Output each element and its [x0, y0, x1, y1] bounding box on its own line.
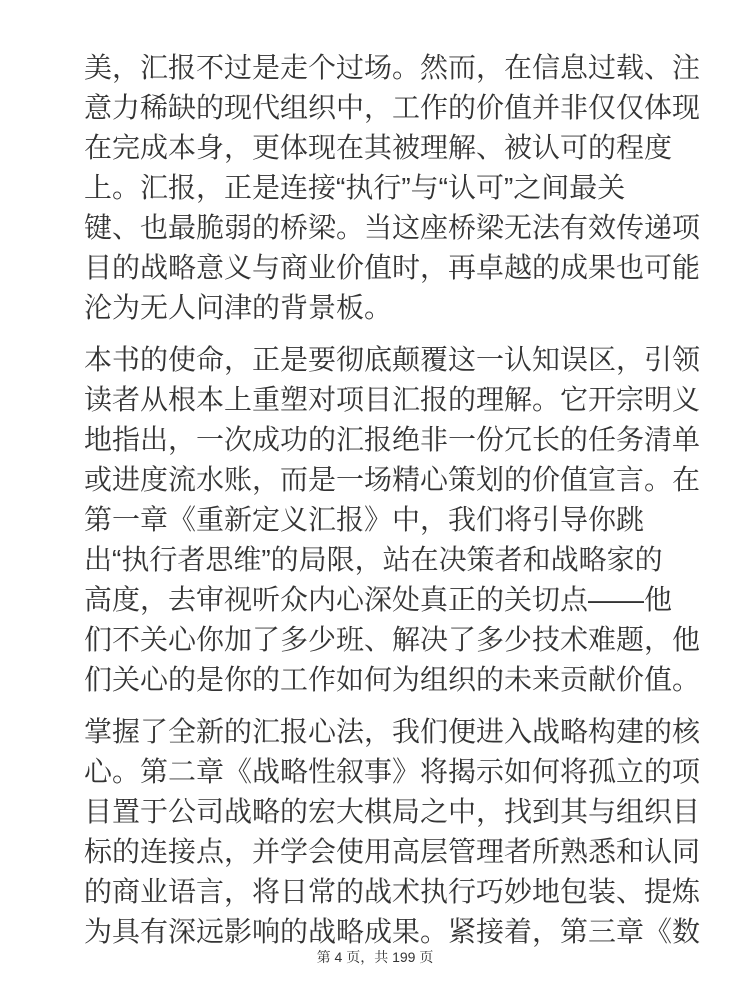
text-line: 们不关心你加了多少班、解决了多少技术难题，他 — [84, 620, 666, 660]
text-line: 意力稀缺的现代组织中，工作的价值并非仅仅体现 — [84, 88, 666, 128]
page-number-footer: 第 4 页，共 199 页 — [0, 948, 750, 966]
text-line: 的商业语言，将日常的战术执行巧妙地包装、提炼 — [84, 872, 666, 912]
paragraph: 本书的使命，正是要彻底颠覆这一认知误区，引领读者从根本上重塑对项目汇报的理解。它… — [84, 340, 666, 700]
text-line: 沦为无人问津的背景板。 — [84, 288, 666, 328]
text-line: 美，汇报不过是走个过场。然而，在信息过载、注 — [84, 48, 666, 88]
text-line: 第一章《重新定义汇报》中，我们将引导你跳 — [84, 500, 666, 540]
text-line: 读者从根本上重塑对项目汇报的理解。它开宗明义 — [84, 380, 666, 420]
document-body: 美，汇报不过是走个过场。然而，在信息过载、注意力稀缺的现代组织中，工作的价值并非… — [0, 0, 750, 952]
text-line: 本书的使命，正是要彻底颠覆这一认知误区，引领 — [84, 340, 666, 380]
text-line: 地指出，一次成功的汇报绝非一份冗长的任务清单 — [84, 420, 666, 460]
text-line: 标的连接点，并学会使用高层管理者所熟悉和认同 — [84, 832, 666, 872]
text-line: 高度，去审视听众内心深处真正的关切点——他 — [84, 580, 666, 620]
text-line: 上。汇报，正是连接“执行”与“认可”之间最关 — [84, 168, 666, 208]
text-line: 在完成本身，更体现在其被理解、被认可的程度 — [84, 128, 666, 168]
text-line: 目置于公司战略的宏大棋局之中，找到其与组织目 — [84, 792, 666, 832]
text-line: 目的战略意义与商业价值时，再卓越的成果也可能 — [84, 248, 666, 288]
paragraph: 美，汇报不过是走个过场。然而，在信息过载、注意力稀缺的现代组织中，工作的价值并非… — [84, 48, 666, 328]
text-line: 心。第二章《战略性叙事》将揭示如何将孤立的项 — [84, 752, 666, 792]
text-line: 出“执行者思维”的局限，站在决策者和战略家的 — [84, 540, 666, 580]
text-line: 掌握了全新的汇报心法，我们便进入战略构建的核 — [84, 712, 666, 752]
text-line: 或进度流水账，而是一场精心策划的价值宣言。在 — [84, 460, 666, 500]
paragraph: 掌握了全新的汇报心法，我们便进入战略构建的核心。第二章《战略性叙事》将揭示如何将… — [84, 712, 666, 952]
text-line: 们关心的是你的工作如何为组织的未来贡献价值。 — [84, 660, 666, 700]
text-line: 键、也最脆弱的桥梁。当这座桥梁无法有效传递项 — [84, 208, 666, 248]
document-page: 美，汇报不过是走个过场。然而，在信息过载、注意力稀缺的现代组织中，工作的价值并非… — [0, 0, 750, 1000]
text-line: 为具有深远影响的战略成果。紧接着，第三章《数 — [84, 912, 666, 952]
